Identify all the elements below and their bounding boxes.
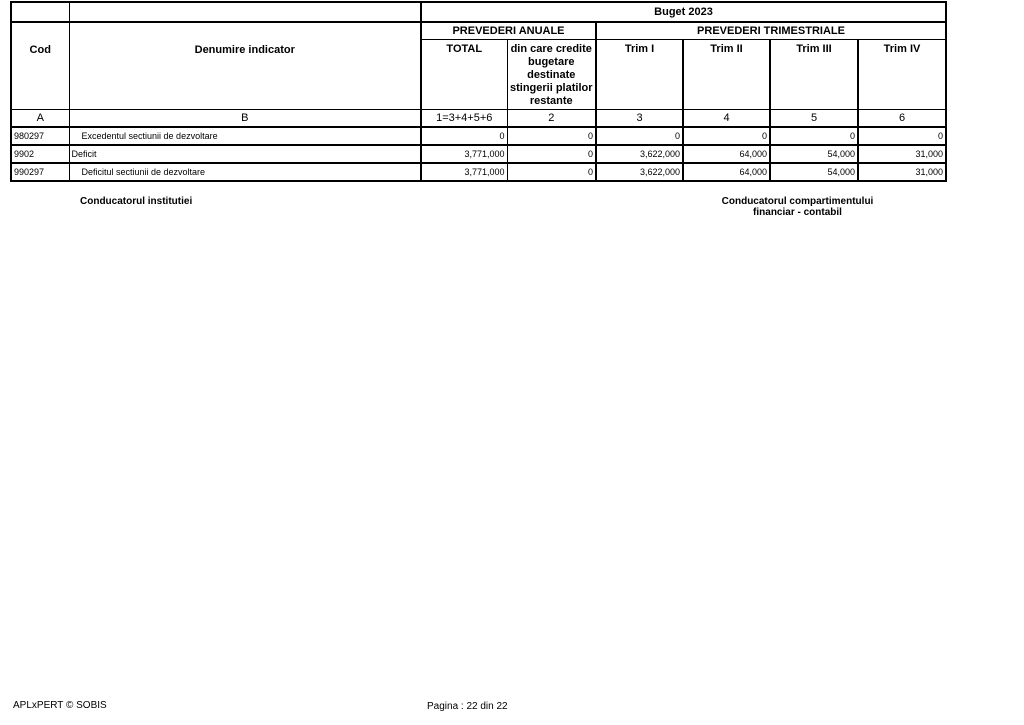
header-trim2: Trim II [683, 40, 770, 110]
cell-trim3: 54,000 [770, 163, 858, 181]
header-trim4: Trim IV [858, 40, 946, 110]
header-trim1: Trim I [596, 40, 683, 110]
cell-trim2: 64,000 [683, 145, 770, 163]
cell-trim4: 31,000 [858, 145, 946, 163]
group-annual: PREVEDERI ANUALE [421, 22, 596, 40]
index-cell: 1=3+4+5+6 [421, 110, 507, 128]
header-denumire: Denumire indicator [69, 22, 421, 110]
cell-trim1: 0 [596, 127, 683, 145]
header-trim3: Trim III [770, 40, 858, 110]
corner-cell-2 [69, 2, 421, 22]
cell-cod: 990297 [11, 163, 69, 181]
cell-denumire: Deficit [69, 145, 421, 163]
cell-din-care: 0 [507, 127, 596, 145]
cell-trim3: 0 [770, 127, 858, 145]
corner-cell [11, 2, 69, 22]
index-cell: B [69, 110, 421, 128]
cell-trim4: 0 [858, 127, 946, 145]
group-quarterly: PREVEDERI TRIMESTRIALE [596, 22, 946, 40]
cell-trim1: 3,622,000 [596, 163, 683, 181]
cell-trim4: 31,000 [858, 163, 946, 181]
header-din-care: din care credite bugetare destinate stin… [507, 40, 596, 110]
table-row: 980297 Excedentul sectiunii de dezvoltar… [11, 127, 946, 145]
cell-cod: 9902 [11, 145, 69, 163]
header-total: TOTAL [421, 40, 507, 110]
table-row: 9902 Deficit 3,771,000 0 3,622,000 64,00… [11, 145, 946, 163]
cell-denumire: Deficitul sectiunii de dezvoltare [69, 163, 421, 181]
budget-title: Buget 2023 [421, 2, 946, 22]
table-row: 990297 Deficitul sectiunii de dezvoltare… [11, 163, 946, 181]
index-cell: 4 [683, 110, 770, 128]
signature-institution-head: Conducatorul institutiei [80, 196, 192, 207]
header-cod: Cod [11, 22, 69, 110]
cell-din-care: 0 [507, 163, 596, 181]
cell-cod: 980297 [11, 127, 69, 145]
cell-din-care: 0 [507, 145, 596, 163]
index-cell: A [11, 110, 69, 128]
signature-right-line1: Conducatorul compartimentului [700, 196, 895, 207]
cell-total: 3,771,000 [421, 163, 507, 181]
index-cell: 6 [858, 110, 946, 128]
cell-trim1: 3,622,000 [596, 145, 683, 163]
index-cell: 3 [596, 110, 683, 128]
cell-denumire: Excedentul sectiunii de dezvoltare [69, 127, 421, 145]
budget-table: Buget 2023 Cod Denumire indicator PREVED… [10, 1, 947, 182]
signature-left-label: Conducatorul institutiei [80, 196, 192, 207]
footer-brand: APLxPERT © SOBIS [13, 700, 107, 711]
signature-right-line2: financiar - contabil [700, 207, 895, 218]
cell-trim3: 54,000 [770, 145, 858, 163]
cell-total: 3,771,000 [421, 145, 507, 163]
index-cell: 5 [770, 110, 858, 128]
cell-trim2: 0 [683, 127, 770, 145]
footer-page-number: Pagina : 22 din 22 [427, 701, 508, 712]
cell-total: 0 [421, 127, 507, 145]
cell-trim2: 64,000 [683, 163, 770, 181]
index-cell: 2 [507, 110, 596, 128]
signature-finance-head: Conducatorul compartimentului financiar … [700, 196, 895, 218]
